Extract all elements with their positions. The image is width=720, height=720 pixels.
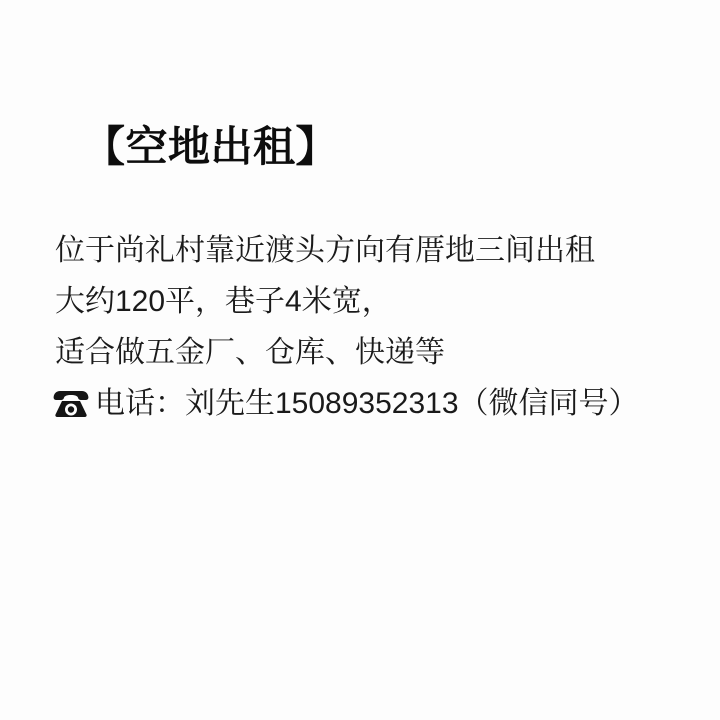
listing-line-location: 位于尚礼村靠近渡头方向有厝地三间出租 — [55, 225, 639, 276]
listing-line-usage: 适合做五金厂、仓库、快递等 — [55, 327, 639, 378]
contact-text: 电话：刘先生15089352313（微信同号） — [95, 378, 639, 429]
page-title: 【空地出租】 — [83, 118, 338, 176]
listing-line-size: 大约120平，巷子4米宽， — [55, 276, 639, 327]
listing-details: 位于尚礼村靠近渡头方向有厝地三间出租 大约120平，巷子4米宽， 适合做五金厂、… — [55, 225, 639, 429]
telephone-icon — [52, 388, 90, 419]
contact-line: 电话：刘先生15089352313（微信同号） — [52, 378, 639, 429]
